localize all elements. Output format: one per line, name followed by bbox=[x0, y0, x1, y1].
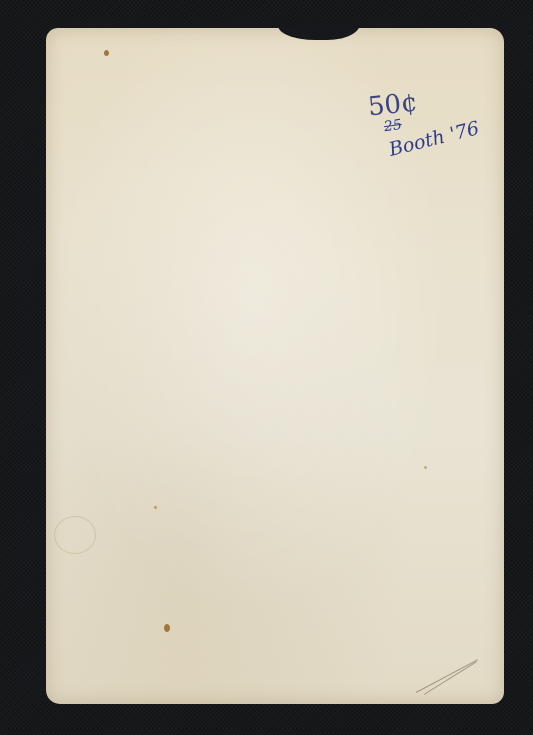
scratch-mark bbox=[416, 659, 478, 693]
handwritten-struck-text: 25 bbox=[383, 117, 403, 135]
stain-spot bbox=[154, 506, 157, 509]
card-back: 50¢ 25 Booth '76 bbox=[46, 28, 504, 704]
scratch-mark bbox=[424, 661, 477, 695]
stain-spot bbox=[164, 624, 170, 632]
water-stain-ring bbox=[54, 516, 96, 554]
stain-spot bbox=[104, 50, 109, 56]
torn-top-edge bbox=[278, 28, 360, 40]
stain-spot bbox=[424, 466, 427, 469]
